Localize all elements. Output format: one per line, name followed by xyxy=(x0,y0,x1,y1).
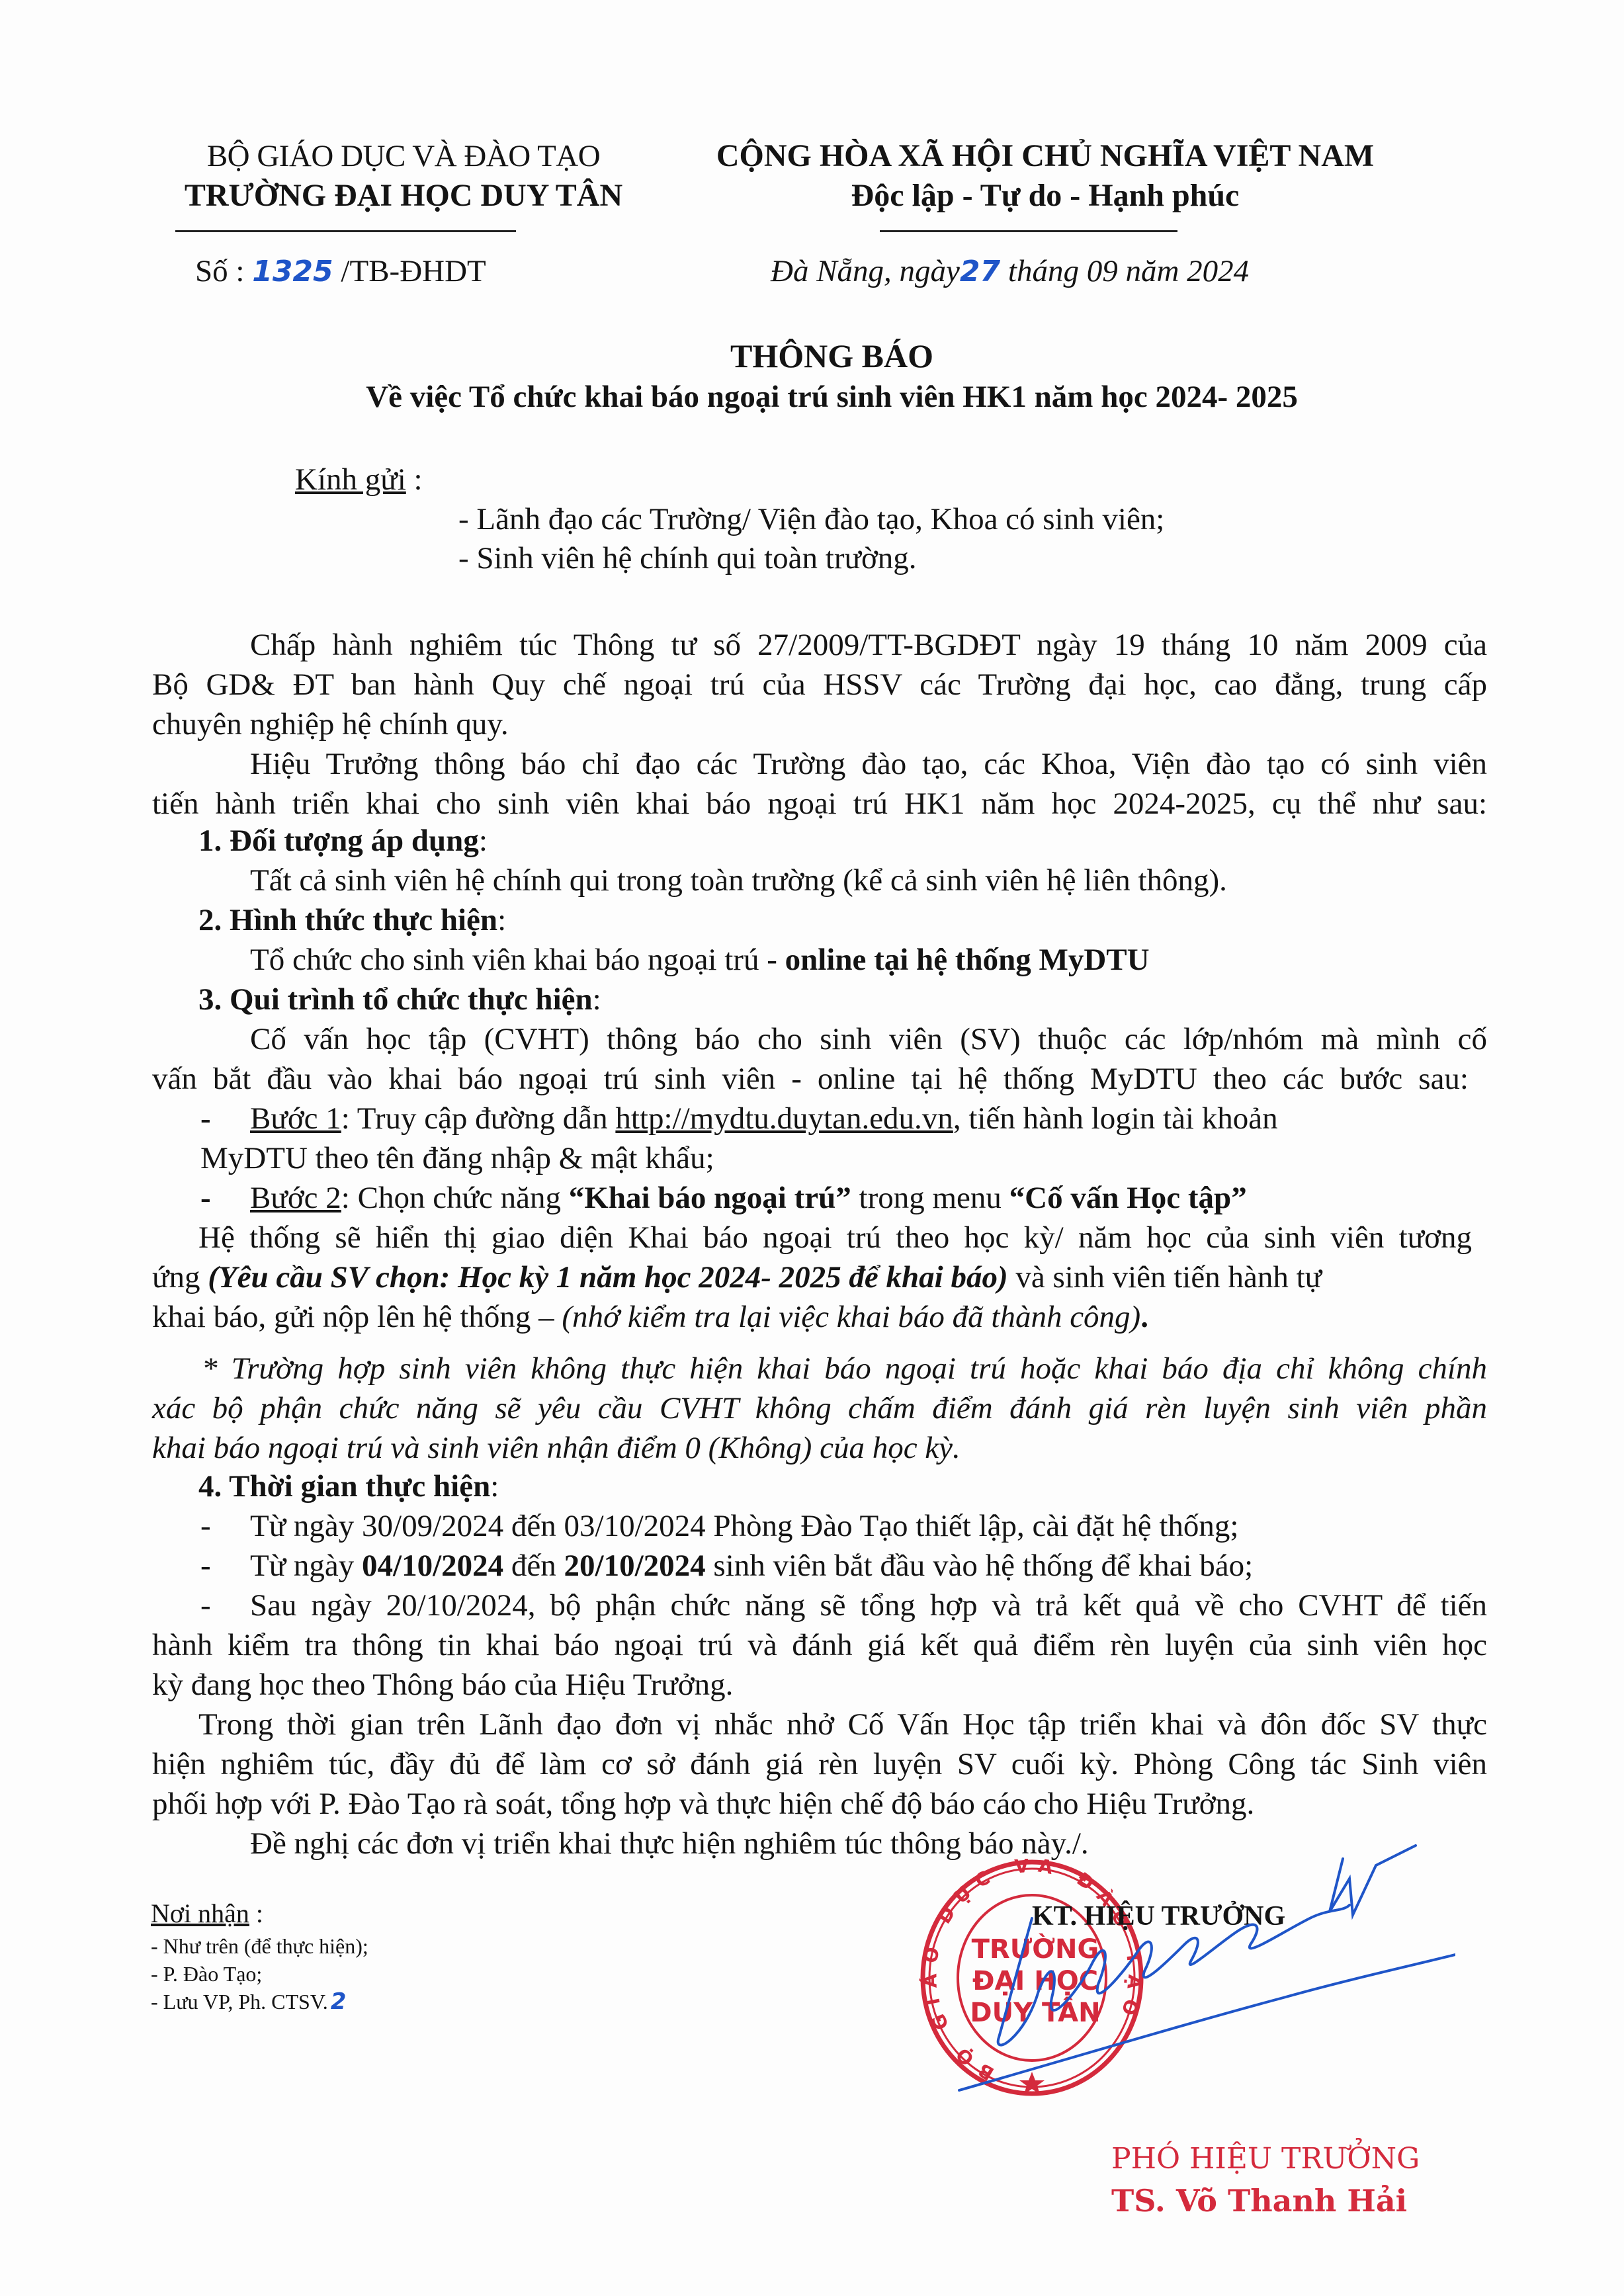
mydtu-link[interactable]: http://mydtu.duytan.edu.vn xyxy=(615,1101,953,1136)
step-1-label: Bước 1 xyxy=(250,1101,341,1136)
intro-1-line: Bộ GD& ĐT ban hành Quy chế ngoại trú của… xyxy=(152,665,1487,704)
step-1: Bước 1: Truy cập đường dẫn http://mydtu.… xyxy=(250,1099,1278,1138)
note-line: khai báo ngoại trú và sinh viên nhận điể… xyxy=(152,1429,961,1467)
system-para-line-1: Hệ thống sẽ hiển thị giao diện Khai báo … xyxy=(198,1218,1472,1257)
signer-position: PHÓ HIỆU TRƯỞNG xyxy=(1111,2141,1420,2178)
recipients-label: Kính gửi : xyxy=(295,460,423,499)
national-motto: Độc lập - Tự do - Hạnh phúc xyxy=(681,176,1409,216)
note-line: xác bộ phận chức năng sẽ yêu cầu CVHT kh… xyxy=(152,1389,1487,1427)
section-1-text: Tất cả sinh viên hệ chính qui trong toàn… xyxy=(250,861,1227,900)
intro-2-line: tiến hành triển khai cho sinh viên khai … xyxy=(152,785,1487,823)
note-line: * Trường hợp sinh viên không thực hiện k… xyxy=(202,1349,1487,1388)
intro-1-line: Chấp hành nghiêm túc Thông tư số 27/2009… xyxy=(250,626,1487,664)
step-2-label: Bước 2 xyxy=(250,1181,341,1215)
date-prefix: Đà Nẵng, ngày xyxy=(771,254,960,288)
section-3-para-line: Cố vấn học tập (CVHT) thông báo cho sinh… xyxy=(250,1020,1487,1058)
document-title: THÔNG BÁO xyxy=(0,336,1624,376)
timeline-item-3-line: hành kiểm tra thông tin khai báo ngoại t… xyxy=(152,1626,1487,1664)
document-number: Số : 1325 /TB-ĐHDT xyxy=(195,251,486,292)
timeline-bullet: - xyxy=(200,1547,211,1585)
university-name: TRƯỜNG ĐẠI HỌC DUY TÂN xyxy=(132,176,675,216)
closing-line: phối hợp với P. Đào Tạo rà soát, tổng hợ… xyxy=(152,1785,1254,1823)
intro-2-line: Hiệu Trưởng thông báo chỉ đạo các Trường… xyxy=(250,745,1487,783)
number-handwritten: 1325 xyxy=(252,255,333,288)
timeline-bullet: - xyxy=(200,1507,211,1545)
number-suffix: /TB-ĐHDT xyxy=(333,254,486,288)
step-2-bullet: - xyxy=(200,1179,211,1217)
header-left: BỘ GIÁO DỤC VÀ ĐÀO TẠO TRƯỜNG ĐẠI HỌC DU… xyxy=(132,136,675,216)
timeline-bullet: - xyxy=(200,1586,211,1625)
document-date: Đà Nẵng, ngày27 tháng 09 năm 2024 xyxy=(771,251,1249,292)
distribution-item: - P. Đào Tạo; xyxy=(151,1959,262,1988)
intro-1-line: chuyên nghiệp hệ chính quy. xyxy=(152,705,509,744)
document-subject: Về việc Tổ chức khai báo ngoại trú sinh … xyxy=(0,377,1624,417)
step-1-line-2: MyDTU theo tên đăng nhập & mật khẩu; xyxy=(200,1139,714,1177)
step-1-bullet: - xyxy=(200,1099,211,1138)
timeline-item-2: Từ ngày 04/10/2024 đến 20/10/2024 sinh v… xyxy=(250,1547,1253,1585)
handwritten-mark: 2 xyxy=(331,1988,347,2015)
section-4-heading: 4. Thời gian thực hiện: xyxy=(198,1467,499,1506)
distribution-item: - Lưu VP, Ph. CTSV.2 xyxy=(151,1987,346,2016)
recipient-item: - Sinh viên hệ chính qui toàn trường. xyxy=(458,539,917,577)
step-2: Bước 2: Chọn chức năng “Khai báo ngoại t… xyxy=(250,1179,1247,1217)
number-prefix: Số : xyxy=(195,254,252,288)
distribution-label: Nơi nhận : xyxy=(151,1897,263,1930)
section-1-heading: 1. Đối tượng áp dụng: xyxy=(198,822,488,860)
recipient-item: - Lãnh đạo các Trường/ Viện đào tạo, Kho… xyxy=(458,500,1164,538)
system-para-line-3: khai báo, gửi nộp lên hệ thống – (nhớ ki… xyxy=(152,1298,1148,1336)
timeline-item-3-line: kỳ đang học theo Thông báo của Hiệu Trưở… xyxy=(152,1666,733,1704)
section-2-heading: 2. Hình thức thực hiện: xyxy=(198,901,506,939)
handwritten-signature xyxy=(953,1839,1455,2117)
signer-name: TS. Võ Thanh Hải xyxy=(1111,2182,1407,2220)
header-right: CỘNG HÒA XÃ HỘI CHỦ NGHĨA VIỆT NAM Độc l… xyxy=(681,136,1409,216)
ministry-name: BỘ GIÁO DỤC VÀ ĐÀO TẠO xyxy=(132,136,675,176)
timeline-item-1: Từ ngày 30/09/2024 đến 03/10/2024 Phòng … xyxy=(250,1507,1238,1545)
closing-line: Trong thời gian trên Lãnh đạo đơn vị nhắ… xyxy=(198,1705,1487,1744)
distribution-item: - Như trên (để thực hiện); xyxy=(151,1932,368,1961)
header-right-rule xyxy=(880,230,1177,232)
timeline-item-3-line: Sau ngày 20/10/2024, bộ phận chức năng s… xyxy=(250,1586,1487,1625)
system-para-line-2: ứng (Yêu cầu SV chọn: Học kỳ 1 năm học 2… xyxy=(152,1258,1322,1297)
country-name: CỘNG HÒA XÃ HỘI CHỦ NGHĨA VIỆT NAM xyxy=(681,136,1409,176)
section-2-text: Tổ chức cho sinh viên khai báo ngoại trú… xyxy=(250,941,1150,979)
date-suffix: tháng 09 năm 2024 xyxy=(1000,254,1249,288)
section-3-para-line: vấn bắt đầu vào khai báo ngoại trú sinh … xyxy=(152,1060,1469,1098)
closing-line: hiện nghiêm túc, đầy đủ để làm cơ sở đán… xyxy=(152,1745,1487,1783)
header-left-rule xyxy=(175,230,516,232)
date-day-handwritten: 27 xyxy=(960,255,1000,288)
section-3-heading: 3. Qui trình tổ chức thực hiện: xyxy=(198,980,601,1019)
